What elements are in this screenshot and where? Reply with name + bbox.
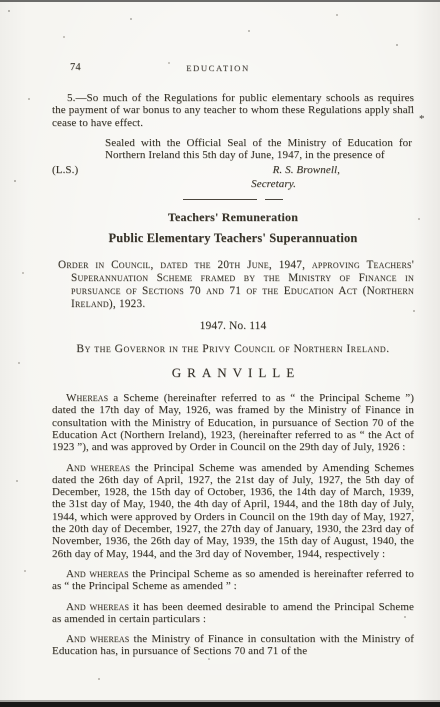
running-header: 74 EDUCATION: [52, 62, 414, 75]
scan-edge-top: [0, 0, 440, 2]
recital-paragraph-1: Whereas a Scheme (hereinafter referred t…: [52, 392, 414, 453]
page-content: 74 EDUCATION 5.—So much of the Regulatio…: [52, 62, 414, 658]
recital-paragraph-3: And whereas the Principal Scheme as so a…: [52, 568, 414, 593]
scanned-document-page: * 74 EDUCATION 5.—So much of the Regulat…: [0, 0, 440, 707]
scan-noise-specks: [8, 10, 10, 12]
recital-text: the Principal Scheme was amended by Amen…: [52, 462, 414, 560]
divider-line-short: [265, 199, 283, 200]
recital-paragraph-4: And whereas it has been deemed desirable…: [52, 601, 414, 626]
signature-title: Secretary.: [52, 178, 414, 190]
signature-name: R. S. Brownell,: [273, 164, 340, 177]
signature-row: (L.S.) R. S. Brownell,: [52, 164, 414, 177]
governor-name: GRANVILLE: [52, 365, 414, 381]
regulation-clause-5: 5.—So much of the Regulations for public…: [52, 92, 414, 129]
sealing-clause: Sealed with the Official Seal of the Min…: [105, 137, 412, 162]
recital-lead: Whereas: [66, 392, 108, 404]
running-header-title: EDUCATION: [52, 63, 384, 73]
seal-locus-abbrev: (L.S.): [52, 164, 78, 177]
recital-lead: And whereas: [66, 601, 129, 613]
divider-line-long: [183, 199, 257, 200]
recital-lead: And whereas: [66, 462, 130, 474]
recital-lead: And whereas: [66, 633, 129, 645]
recital-paragraph-5: And whereas the Ministry of Finance in c…: [52, 633, 414, 658]
section-divider: [52, 199, 414, 200]
ink-blot-mark: *: [419, 113, 425, 125]
citation-number: 1947. No. 114: [52, 320, 414, 332]
order-in-council-caption: Order in Council, dated the 20th June, 1…: [58, 259, 414, 311]
enacting-authority-line: By the Governor in the Privy Council of …: [52, 343, 414, 355]
subject-heading: Teachers' Remuneration: [52, 210, 414, 225]
recital-lead: And whereas: [66, 568, 129, 580]
recital-paragraph-2: And whereas the Principal Scheme was ame…: [52, 462, 414, 560]
scan-edge-bottom: [0, 702, 440, 707]
subtitle-heading: Public Elementary Teachers' Superannuati…: [52, 231, 414, 246]
